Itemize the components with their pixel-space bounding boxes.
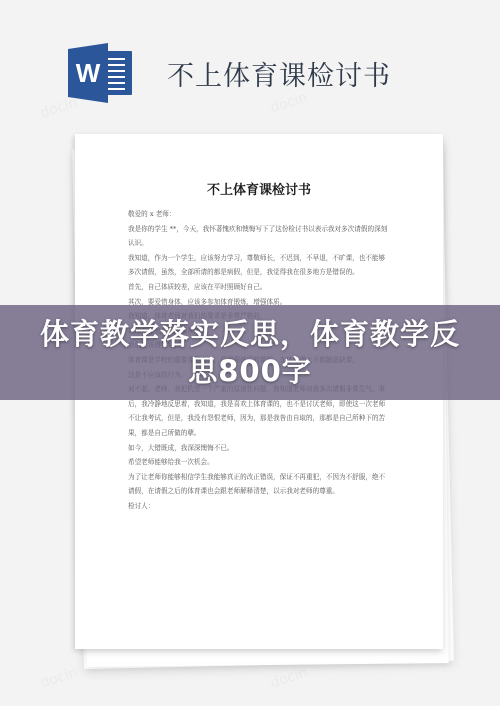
body-paragraph: 如今，大错既成，我深深懊悔不已。 [128,441,390,456]
watermark: docin [268,665,309,692]
word-document-icon: W [68,43,132,103]
body-paragraph: 希望老师能够给我一次机会。 [128,455,390,470]
title-banner: 体育教学落实反思，体育教学反思800字 [0,305,500,400]
body-paragraph: 我知道，作为一个学生，应该努力学习，尊敬师长，不迟到，不早退，不旷课，也不能够多… [128,251,390,280]
body-paragraph: 我是你的学生 **，今天，我怀著愧疚和懊悔写下了这份检讨书以表示我对多次请假的深… [128,222,390,251]
body-paragraph: 首先，自己体质较差，应该在平时照顾好自己。 [128,280,390,295]
signature-line: 检讨人： [128,499,390,514]
salutation: 敬爱的 x 老师： [128,207,390,222]
header-title: 不上体育课检讨书 [167,54,391,93]
document-header: W 不上体育课检讨书 [68,42,391,104]
document-title: 不上体育课检讨书 [75,179,443,198]
banner-title: 体育教学落实反思，体育教学反思800字 [30,316,470,390]
body-paragraph: 为了让老师你能够相信学生我能够真正的改正错误，保证不再重犯，不因为不舒服，绝不请… [128,470,390,499]
word-letter-icon: W [68,43,108,103]
document-preview: docin docin docin docin W 不上体育课检讨书 不上体育课… [0,0,500,706]
watermark: docin [38,665,79,692]
